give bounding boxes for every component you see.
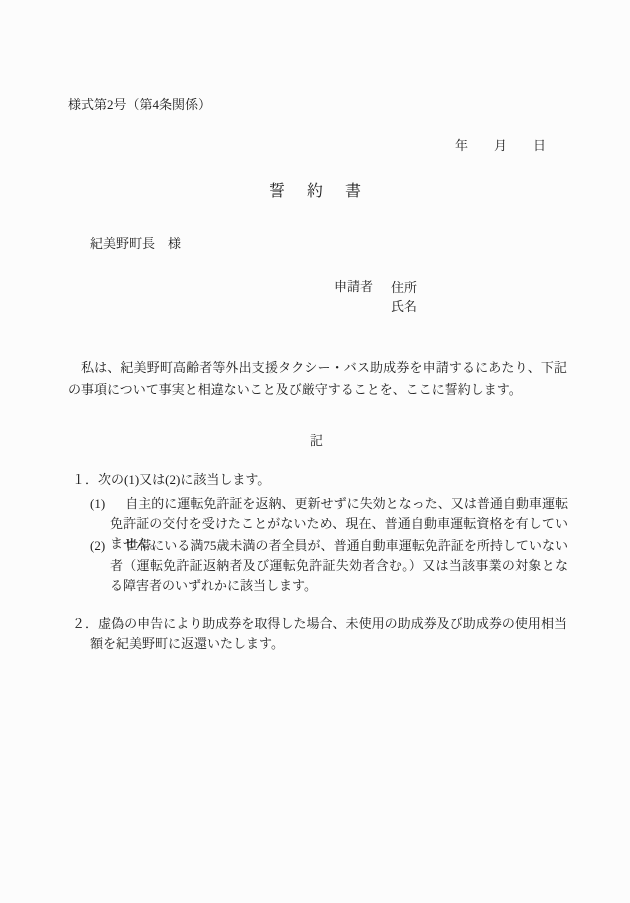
sub-item-1-2: (2)世帯にいる満75歳未満の者全員が、普通自動車運転免許証を所持していない者（… [90, 536, 568, 596]
document-title: 誓 約 書 [68, 180, 565, 203]
applicant-address-label: 住所 [391, 278, 417, 297]
sub-item-1-2-number: (2) [90, 538, 105, 553]
pledge-document-page: 様式第2号（第4条関係） 年 月 日 誓 約 書 紀美野町長 様 申請者 住所 … [0, 0, 630, 903]
applicant-label: 申請者 [334, 278, 373, 316]
sub-item-1-1-number: (1) [90, 496, 105, 511]
list-item-1: １．次の(1)又は(2)に該当します。 [72, 470, 270, 490]
list-item-1-text: 次の(1)又は(2)に該当します。 [98, 472, 270, 487]
list-item-2-number: ２． [72, 616, 98, 631]
form-number: 様式第2号（第4条関係） [68, 96, 211, 115]
pledge-paragraph: 私は、紀美野町高齢者等外出支援タクシー・バス助成券を申請するにあたり、下記の事項… [68, 357, 567, 401]
addressee-line: 紀美野町長 様 [90, 235, 181, 254]
list-item-2: ２．虚偽の申告により助成券を取得した場合、未使用の助成券及び助成券の使用相当額を… [72, 614, 567, 654]
applicant-name-label: 氏名 [391, 297, 417, 316]
applicant-fields: 住所 氏名 [391, 278, 417, 316]
list-item-2-text: 虚偽の申告により助成券を取得した場合、未使用の助成券及び助成券の使用相当額を紀美… [90, 616, 567, 651]
date-line: 年 月 日 [455, 137, 546, 156]
sub-item-1-2-text: 世帯にいる満75歳未満の者全員が、普通自動車運転免許証を所持していない者（運転免… [110, 538, 568, 593]
record-heading: 記 [68, 432, 565, 451]
applicant-block: 申請者 住所 氏名 [334, 278, 417, 316]
list-item-1-number: １． [72, 472, 98, 487]
